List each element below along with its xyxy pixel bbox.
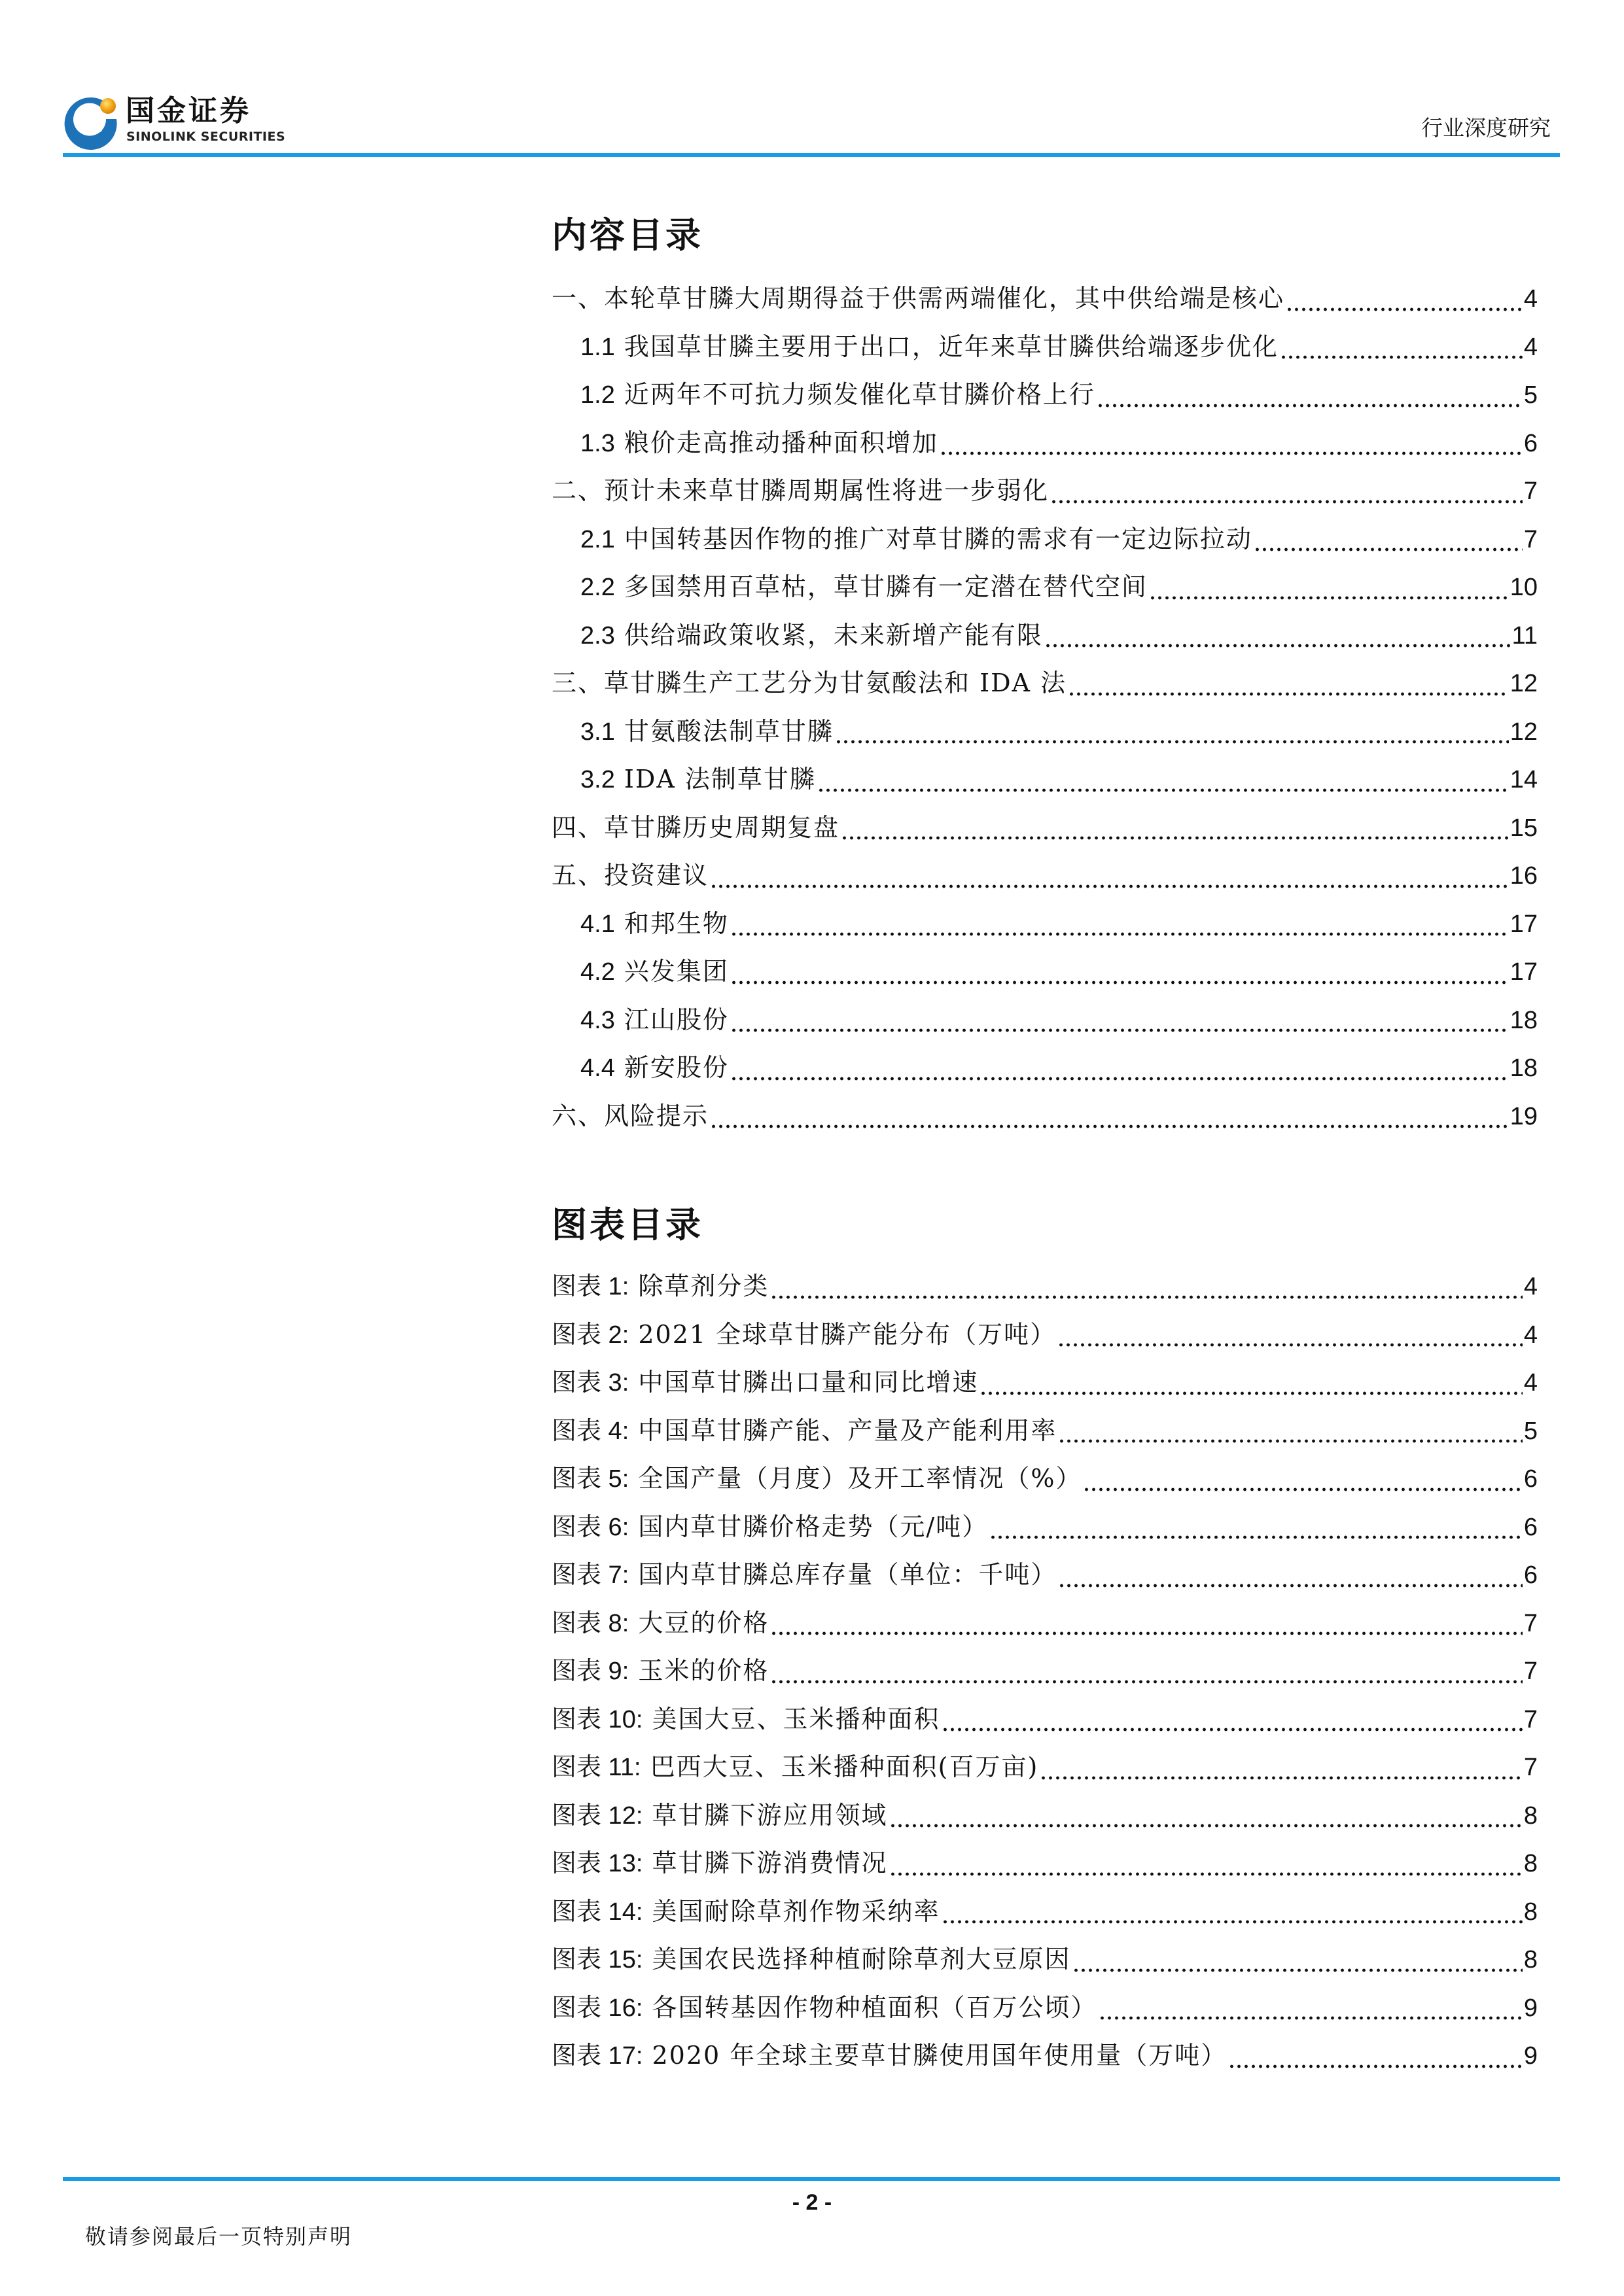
dot-leader [1072, 1968, 1523, 1972]
toc-entry-label: 2.3 供给端政策收紧，未来新增产能有限 [580, 612, 1043, 661]
toc-entry-label: 图表 10: 美国大豆、玉米播种面积 [552, 1696, 940, 1745]
figure-toc-entry[interactable]: 图表 7: 国内草甘膦总库存量（单位：千吨）6 [552, 1551, 1538, 1599]
company-logo-icon [63, 93, 122, 152]
toc-page-number: 4 [1524, 1263, 1538, 1312]
toc-entry-number: 图表 15: [552, 1946, 643, 1974]
toc-page-number: 18 [1510, 1045, 1538, 1093]
toc-entry-text: 美国农民选择种植耐除草剂大豆原因 [652, 1945, 1070, 1974]
toc-entry-label: 四、草甘膦历史周期复盘 [552, 804, 839, 852]
toc-entry-number: 4.3 [580, 1007, 615, 1034]
dot-leader [1280, 355, 1523, 359]
toc-entry-text: 中国草甘膦产能、产量及产能利用率 [638, 1416, 1057, 1445]
dot-leader [1099, 2016, 1523, 2020]
toc-entry-label: 3.2 IDA 法制草甘膦 [580, 756, 816, 805]
toc-entry-text: 草甘膦下游应用领域 [652, 1801, 887, 1830]
toc-entry-number: 1.3 [580, 430, 615, 457]
toc-entry-text: 美国大豆、玉米播种面积 [652, 1705, 940, 1733]
toc-entry-label: 1.3 粮价走高推动播种面积增加 [580, 419, 938, 468]
toc-entry-label: 六、风险提示 [552, 1092, 709, 1141]
toc-entry-text: 江山股份 [624, 1005, 729, 1034]
toc-page-number: 6 [1524, 1552, 1538, 1600]
toc-entry-label: 2.2 多国禁用百草枯，草甘膦有一定潜在替代空间 [580, 563, 1148, 612]
dot-leader [889, 1824, 1523, 1828]
figures-title: 图表目录 [552, 1206, 703, 1245]
contents-toc-entry[interactable]: 2.3 供给端政策收紧，未来新增产能有限11 [552, 612, 1538, 660]
toc-entry-text: 各国转基因作物种植面积（百万公顷） [652, 1993, 1097, 2022]
figure-toc-entry[interactable]: 图表 5: 全国产量（月度）及开工率情况（%）6 [552, 1455, 1538, 1503]
toc-entry-text: 新安股份 [624, 1053, 729, 1082]
toc-entry-text: 和邦生物 [624, 909, 729, 938]
toc-entry-text: 近两年不可抗力频发催化草甘膦价格上行 [624, 380, 1095, 409]
contents-toc-entry[interactable]: 1.3 粮价走高推动播种面积增加6 [552, 419, 1538, 468]
figure-toc-entry[interactable]: 图表 8: 大豆的价格7 [552, 1599, 1538, 1648]
toc-entry-text: 我国草甘膦主要用于出口，近年来草甘膦供给端逐步优化 [624, 332, 1279, 361]
figure-toc-entry[interactable]: 图表 13: 草甘膦下游消费情况8 [552, 1839, 1538, 1888]
toc-page-number: 7 [1524, 1744, 1538, 1792]
dot-leader [730, 981, 1509, 984]
toc-page-number: 7 [1524, 1600, 1538, 1648]
toc-entry-text: 玉米的价格 [638, 1656, 769, 1685]
toc-page-number: 15 [1510, 805, 1538, 853]
toc-entry-text: 中国转基因作物的推广对草甘膦的需求有一定边际拉动 [624, 525, 1252, 553]
toc-entry-number: 1.1 [580, 334, 615, 361]
dot-leader [730, 932, 1509, 936]
toc-entry-text: 全国产量（月度）及开工率情况（%） [638, 1464, 1082, 1493]
toc-entry-label: 图表 15: 美国农民选择种植耐除草剂大豆原因 [552, 1936, 1071, 1985]
toc-entry-text: 2020 年全球主要草甘膦使用国年使用量（万吨） [652, 2041, 1227, 2070]
toc-entry-label: 3.1 甘氨酸法制草甘膦 [580, 708, 834, 757]
figure-toc-entry[interactable]: 图表 15: 美国农民选择种植耐除草剂大豆原因8 [552, 1936, 1538, 1984]
toc-entry-label: 图表 5: 全国产量（月度）及开工率情况（%） [552, 1455, 1082, 1504]
dot-leader [980, 1391, 1523, 1395]
toc-page-number: 4 [1524, 1312, 1538, 1360]
toc-entry-label: 图表 13: 草甘膦下游消费情况 [552, 1839, 888, 1888]
toc-entry-number: 图表 6: [552, 1514, 629, 1541]
toc-entry-number: 4.4 [580, 1054, 615, 1082]
toc-entry-number: 图表 7: [552, 1561, 629, 1589]
toc-entry-text: 三、草甘膦生产工艺分为甘氨酸法和 IDA 法 [552, 669, 1067, 697]
toc-page-number: 6 [1524, 1504, 1538, 1552]
contents-list: 一、本轮草甘膦大周期得益于供需两端催化，其中供给端是核心41.1 我国草甘膦主要… [552, 275, 1538, 1140]
dot-leader [1057, 1343, 1523, 1347]
dot-leader [942, 1920, 1523, 1924]
toc-entry-text: 多国禁用百草枯，草甘膦有一定潜在替代空间 [624, 572, 1148, 601]
figure-toc-entry[interactable]: 图表 4: 中国草甘膦产能、产量及产能利用率5 [552, 1407, 1538, 1455]
toc-entry-number: 图表 11: [552, 1754, 641, 1781]
toc-page-number: 12 [1510, 660, 1538, 708]
dot-leader [940, 451, 1523, 455]
dot-leader [1040, 1776, 1523, 1780]
toc-entry-label: 4.3 江山股份 [580, 996, 729, 1045]
figure-toc-entry[interactable]: 图表 16: 各国转基因作物种植面积（百万公顷）9 [552, 1984, 1538, 2032]
toc-entry-label: 图表 6: 国内草甘膦价格走势（元/吨） [552, 1503, 988, 1552]
dot-leader [1068, 692, 1509, 696]
toc-entry-label: 一、本轮草甘膦大周期得益于供需两端催化，其中供给端是核心 [552, 275, 1284, 323]
footer-divider [63, 2177, 1560, 2181]
toc-page-number: 5 [1524, 1408, 1538, 1456]
dot-leader [770, 1295, 1523, 1299]
toc-entry-number: 3.2 [580, 766, 615, 793]
figure-toc-entry[interactable]: 图表 2: 2021 全球草甘膦产能分布（万吨）4 [552, 1311, 1538, 1359]
dot-leader [1083, 1487, 1522, 1491]
toc-entry-number: 图表 14: [552, 1898, 643, 1926]
figure-toc-entry[interactable]: 图表 9: 玉米的价格7 [552, 1647, 1538, 1696]
toc-entry-number: 图表 4: [552, 1418, 629, 1445]
toc-entry-number: 图表 8: [552, 1610, 629, 1637]
toc-entry-label: 图表 4: 中国草甘膦产能、产量及产能利用率 [552, 1407, 1057, 1456]
toc-entry-text: 除草剂分类 [638, 1272, 769, 1300]
contents-toc-entry[interactable]: 3.1 甘氨酸法制草甘膦12 [552, 708, 1538, 756]
toc-entry-label: 4.1 和邦生物 [580, 900, 729, 949]
dot-leader [710, 884, 1509, 888]
toc-page-number: 11 [1512, 612, 1538, 661]
toc-entry-number: 4.1 [580, 911, 615, 938]
contents-toc-entry[interactable]: 三、草甘膦生产工艺分为甘氨酸法和 IDA 法12 [552, 659, 1538, 708]
dot-leader [817, 788, 1509, 792]
figure-toc-entry[interactable]: 图表 1: 除草剂分类4 [552, 1262, 1538, 1311]
toc-entry-number: 图表 3: [552, 1369, 629, 1397]
contents-toc-entry[interactable]: 4.1 和邦生物17 [552, 900, 1538, 948]
toc-page-number: 8 [1524, 1936, 1538, 1985]
toc-entry-number: 2.3 [580, 622, 615, 650]
toc-page-number: 7 [1524, 516, 1538, 565]
contents-toc-entry[interactable]: 4.4 新安股份18 [552, 1044, 1538, 1092]
toc-page-number: 10 [1510, 564, 1538, 612]
toc-entry-number: 图表 17: [552, 2042, 643, 2070]
toc-entry-label: 图表 8: 大豆的价格 [552, 1599, 769, 1648]
toc-entry-label: 4.2 兴发集团 [580, 948, 729, 997]
document-type: 行业深度研究 [1421, 115, 1551, 141]
contents-toc-entry[interactable]: 四、草甘膦历史周期复盘15 [552, 804, 1538, 852]
dot-leader [841, 836, 1509, 840]
contents-toc-entry[interactable]: 二、预计未来草甘膦周期属性将进一步弱化7 [552, 467, 1538, 515]
toc-page-number: 14 [1510, 756, 1538, 805]
toc-entry-number: 3.1 [580, 718, 615, 746]
dot-leader [942, 1728, 1523, 1731]
contents-toc-entry[interactable]: 一、本轮草甘膦大周期得益于供需两端催化，其中供给端是核心4 [552, 275, 1538, 323]
dot-leader [1228, 2064, 1523, 2068]
toc-page-number: 7 [1524, 1696, 1538, 1745]
toc-entry-label: 图表 1: 除草剂分类 [552, 1262, 769, 1312]
toc-entry-text: 六、风险提示 [552, 1102, 709, 1130]
toc-page-number: 17 [1510, 948, 1538, 997]
toc-entry-text: IDA 法制草甘膦 [624, 765, 816, 793]
toc-page-number: 6 [1524, 1455, 1538, 1504]
toc-entry-number: 4.2 [580, 958, 615, 986]
toc-entry-text: 草甘膦下游消费情况 [652, 1849, 887, 1877]
dot-leader [1286, 307, 1523, 311]
disclaimer: 敬请参阅最后一页特别声明 [85, 2220, 352, 2250]
toc-entry-text: 国内草甘膦价格走势（元/吨） [638, 1512, 988, 1541]
contents-toc-entry[interactable]: 4.3 江山股份18 [552, 996, 1538, 1045]
figure-toc-entry[interactable]: 图表 6: 国内草甘膦价格走势（元/吨）6 [552, 1503, 1538, 1552]
toc-page-number: 8 [1524, 1840, 1538, 1888]
toc-entry-text: 四、草甘膦历史周期复盘 [552, 813, 839, 842]
contents-title: 内容目录 [552, 216, 703, 255]
toc-page-number: 4 [1524, 275, 1538, 324]
toc-page-number: 4 [1524, 324, 1538, 372]
toc-entry-label: 图表 11: 巴西大豆、玉米播种面积(百万亩) [552, 1743, 1038, 1792]
toc-entry-number: 图表 13: [552, 1850, 643, 1877]
toc-page-number: 4 [1524, 1359, 1538, 1408]
brand-name-en: SINOLINK SECURITIES [126, 130, 285, 144]
toc-entry-number: 图表 1: [552, 1273, 629, 1300]
toc-page-number: 9 [1524, 1985, 1538, 2033]
toc-entry-number: 2.1 [580, 526, 615, 553]
dot-leader [1050, 500, 1523, 504]
figure-toc-entry[interactable]: 图表 3: 中国草甘膦出口量和同比增速4 [552, 1359, 1538, 1407]
toc-entry-number: 图表 2: [552, 1321, 629, 1349]
toc-entry-number: 1.2 [580, 381, 615, 409]
contents-toc-entry[interactable]: 1.2 近两年不可抗力频发催化草甘膦价格上行5 [552, 371, 1538, 419]
contents-toc-entry[interactable]: 2.1 中国转基因作物的推广对草甘膦的需求有一定边际拉动7 [552, 515, 1538, 564]
figure-toc-entry[interactable]: 图表 10: 美国大豆、玉米播种面积7 [552, 1696, 1538, 1744]
contents-toc-entry[interactable]: 六、风险提示19 [552, 1092, 1538, 1141]
dot-leader [1097, 404, 1523, 408]
toc-entry-number: 图表 9: [552, 1658, 629, 1685]
toc-page-number: 17 [1510, 901, 1538, 949]
toc-entry-label: 图表 17: 2020 年全球主要草甘膦使用国年使用量（万吨） [552, 2032, 1227, 2081]
dot-leader [1058, 1439, 1523, 1443]
toc-entry-text: 国内草甘膦总库存量（单位：千吨） [638, 1560, 1057, 1589]
contents-toc-entry[interactable]: 五、投资建议16 [552, 852, 1538, 900]
toc-entry-label: 图表 2: 2021 全球草甘膦产能分布（万吨） [552, 1311, 1056, 1360]
toc-entry-label: 4.4 新安股份 [580, 1044, 729, 1093]
toc-entry-number: 图表 16: [552, 1994, 643, 2022]
dot-leader [835, 740, 1509, 744]
toc-page-number: 7 [1524, 1648, 1538, 1696]
dot-leader [770, 1631, 1523, 1635]
dot-leader [710, 1124, 1509, 1128]
toc-page-number: 18 [1510, 997, 1538, 1045]
figure-toc-entry[interactable]: 图表 17: 2020 年全球主要草甘膦使用国年使用量（万吨）9 [552, 2032, 1538, 2080]
toc-page-number: 16 [1510, 852, 1538, 901]
figure-toc-entry[interactable]: 图表 11: 巴西大豆、玉米播种面积(百万亩)7 [552, 1743, 1538, 1792]
dot-leader [770, 1680, 1523, 1684]
toc-entry-text: 美国耐除草剂作物采纳率 [652, 1897, 940, 1926]
figures-list: 图表 1: 除草剂分类4图表 2: 2021 全球草甘膦产能分布（万吨）4图表 … [552, 1262, 1538, 2080]
contents-toc-entry[interactable]: 2.2 多国禁用百草枯，草甘膦有一定潜在替代空间10 [552, 563, 1538, 612]
toc-entry-label: 2.1 中国转基因作物的推广对草甘膦的需求有一定边际拉动 [580, 515, 1252, 565]
toc-page-number: 5 [1524, 372, 1538, 420]
toc-page-number: 8 [1524, 1888, 1538, 1937]
dot-leader [730, 1028, 1509, 1032]
toc-entry-text: 五、投资建议 [552, 861, 709, 890]
toc-page-number: 12 [1510, 708, 1538, 757]
dot-leader [730, 1077, 1509, 1081]
dot-leader [989, 1535, 1523, 1539]
toc-page-number: 9 [1524, 2032, 1538, 2081]
toc-entry-text: 一、本轮草甘膦大周期得益于供需两端催化，其中供给端是核心 [552, 284, 1284, 313]
dot-leader [1058, 1584, 1523, 1588]
toc-entry-number: 2.2 [580, 574, 615, 601]
toc-entry-label: 三、草甘膦生产工艺分为甘氨酸法和 IDA 法 [552, 659, 1067, 708]
toc-entry-text: 大豆的价格 [638, 1609, 769, 1637]
toc-entry-text: 粮价走高推动播种面积增加 [624, 428, 938, 457]
toc-page-number: 19 [1510, 1093, 1538, 1141]
toc-entry-label: 图表 9: 玉米的价格 [552, 1647, 769, 1696]
contents-toc-entry[interactable]: 4.2 兴发集团17 [552, 948, 1538, 996]
toc-entry-text: 中国草甘膦出口量和同比增速 [638, 1368, 978, 1397]
toc-entry-number: 图表 12: [552, 1802, 643, 1830]
toc-entry-label: 五、投资建议 [552, 852, 709, 900]
brand-name-cn: 国金证券 [126, 96, 251, 127]
toc-page-number: 8 [1524, 1792, 1538, 1841]
toc-entry-label: 1.1 我国草甘膦主要用于出口，近年来草甘膦供给端逐步优化 [580, 323, 1279, 372]
toc-entry-text: 2021 全球草甘膦产能分布（万吨） [638, 1320, 1056, 1349]
toc-page-number: 6 [1524, 420, 1538, 468]
header-divider [63, 153, 1560, 157]
toc-entry-number: 图表 5: [552, 1465, 629, 1493]
toc-entry-number: 图表 10: [552, 1706, 643, 1733]
dot-leader [1044, 644, 1511, 648]
toc-entry-text: 兴发集团 [624, 957, 729, 986]
toc-entry-label: 二、预计未来草甘膦周期属性将进一步弱化 [552, 467, 1049, 515]
toc-entry-label: 图表 12: 草甘膦下游应用领域 [552, 1792, 888, 1841]
contents-toc-entry[interactable]: 1.1 我国草甘膦主要用于出口，近年来草甘膦供给端逐步优化4 [552, 323, 1538, 372]
figure-toc-entry[interactable]: 图表 14: 美国耐除草剂作物采纳率8 [552, 1888, 1538, 1936]
page-number: - 2 - [0, 2190, 1624, 2216]
toc-entry-label: 1.2 近两年不可抗力频发催化草甘膦价格上行 [580, 371, 1095, 420]
toc-entry-text: 巴西大豆、玉米播种面积(百万亩) [650, 1752, 1039, 1781]
toc-entry-label: 图表 14: 美国耐除草剂作物采纳率 [552, 1888, 940, 1937]
toc-entry-text: 供给端政策收紧，未来新增产能有限 [624, 621, 1043, 650]
toc-entry-label: 图表 3: 中国草甘膦出口量和同比增速 [552, 1359, 978, 1408]
toc-entry-text: 二、预计未来草甘膦周期属性将进一步弱化 [552, 476, 1049, 505]
dot-leader [1254, 548, 1523, 551]
dot-leader [1149, 596, 1509, 600]
dot-leader [889, 1872, 1523, 1876]
figure-toc-entry[interactable]: 图表 12: 草甘膦下游应用领域8 [552, 1792, 1538, 1840]
toc-entry-label: 图表 7: 国内草甘膦总库存量（单位：千吨） [552, 1551, 1057, 1600]
toc-page-number: 7 [1524, 468, 1538, 516]
toc-entry-text: 甘氨酸法制草甘膦 [624, 717, 834, 746]
toc-entry-label: 图表 16: 各国转基因作物种植面积（百万公顷） [552, 1984, 1097, 2033]
contents-toc-entry[interactable]: 3.2 IDA 法制草甘膦14 [552, 756, 1538, 804]
